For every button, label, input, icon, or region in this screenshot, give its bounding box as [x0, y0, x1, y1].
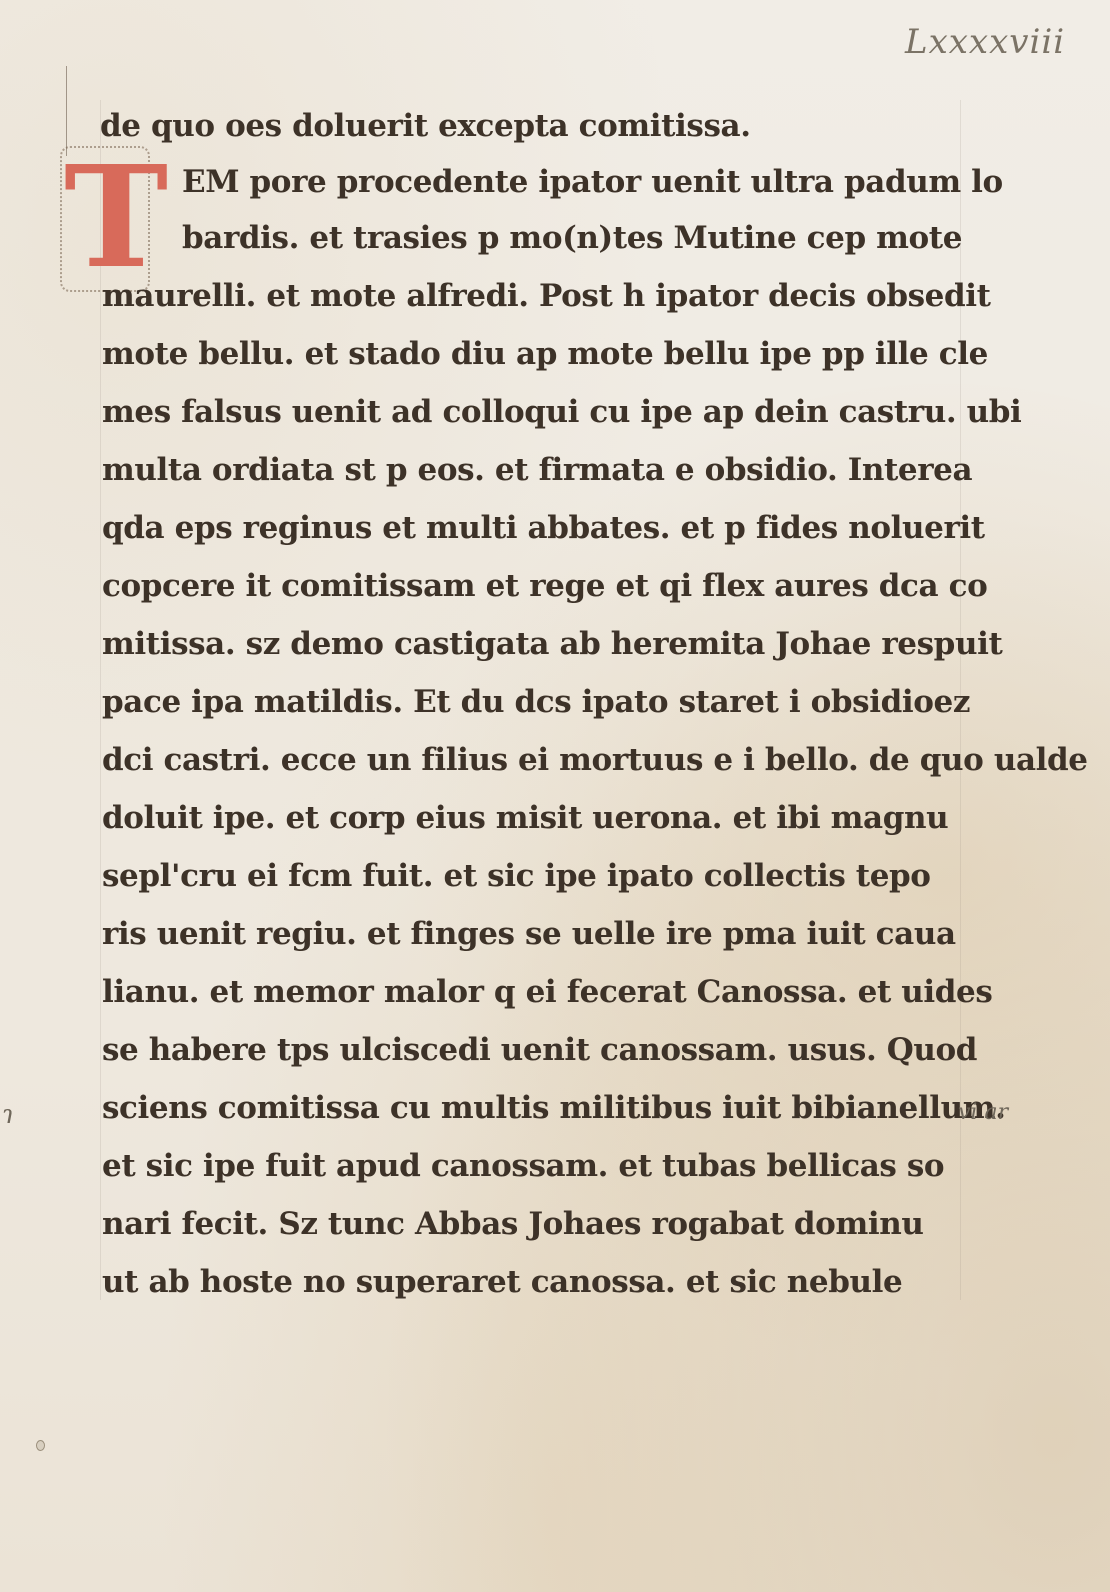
- text-line-3: bardis. et trasies p mo(n)tes Mutine cep…: [182, 218, 962, 258]
- text-line-9: copcere it comitissam et rege et qi flex…: [102, 566, 987, 606]
- initial-letter: T: [64, 152, 144, 284]
- text-line-10: mitissa. sz demo castigata ab heremita J…: [102, 624, 1002, 664]
- parchment-hole: [36, 1440, 45, 1451]
- text-line-11: pace ipa matildis. Et du dcs ipato stare…: [102, 682, 970, 722]
- decorated-initial: T: [64, 152, 144, 284]
- text-line-19: et sic ipe fuit apud canossam. et tubas …: [102, 1146, 944, 1186]
- text-line-16: lianu. et memor malor q ei fecerat Canos…: [102, 972, 992, 1012]
- text-line-8: qda eps reginus et multi abbates. et p f…: [102, 508, 985, 548]
- text-line-2: EM pore procedente ipator uenit ultra pa…: [182, 162, 1003, 202]
- marginal-note-right: vi ar: [958, 1100, 1008, 1125]
- marginal-mark-left: ɿ: [2, 1100, 14, 1130]
- text-line-15: ris uenit regiu. et finges se uelle ire …: [102, 914, 956, 954]
- text-line-13: doluit ipe. et corp eius misit uerona. e…: [102, 798, 948, 838]
- text-line-5: mote bellu. et stado diu ap mote bellu i…: [102, 334, 988, 374]
- text-line-21: ut ab hoste no superaret canossa. et sic…: [102, 1262, 902, 1302]
- text-line-1: de quo oes doluerit excepta comitissa.: [100, 106, 751, 146]
- text-line-20: nari fecit. Sz tunc Abbas Johaes rogabat…: [102, 1204, 924, 1244]
- text-line-12: dci castri. ecce un filius ei mortuus e …: [102, 740, 1088, 780]
- text-line-17: se habere tps ulciscedi uenit canossam. …: [102, 1030, 977, 1070]
- text-line-4: maurelli. et mote alfredi. Post h ipator…: [102, 276, 991, 316]
- folio-number: Lxxxxviii: [905, 22, 1065, 62]
- text-line-7: multa ordiata st p eos. et firmata e obs…: [102, 450, 972, 490]
- text-line-6: mes falsus uenit ad colloqui cu ipe ap d…: [102, 392, 1021, 432]
- text-line-14: sepl'cru ei fcm fuit. et sic ipe ipato c…: [102, 856, 931, 896]
- text-line-18: sciens comitissa cu multis militibus iui…: [102, 1088, 1006, 1128]
- manuscript-page: Lxxxxviii T de quo oes doluerit excepta …: [0, 0, 1110, 1592]
